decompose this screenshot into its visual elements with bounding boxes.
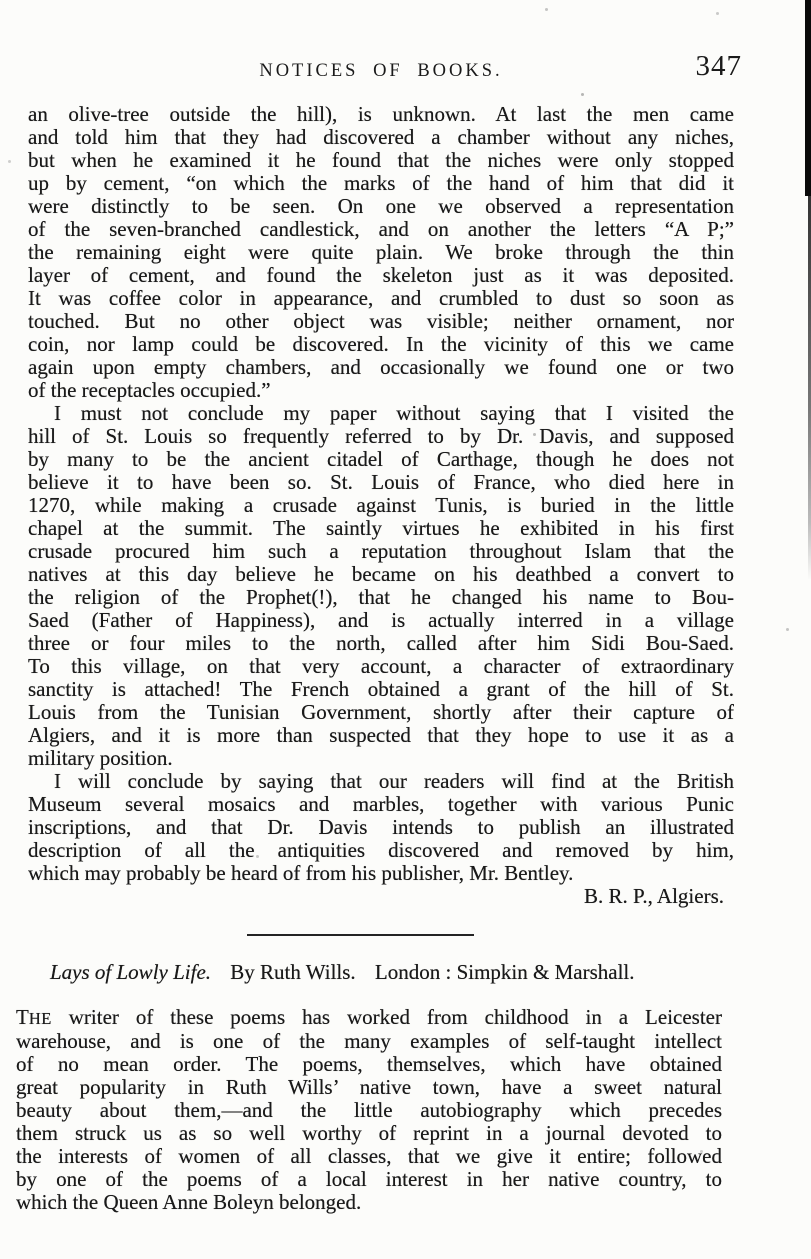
text-line: 1270, while making a crusade against Tun… — [28, 494, 734, 517]
article-body: an olive-tree outside the hill), is unkn… — [28, 103, 734, 1214]
text-line: by many to be the ancient citadel of Car… — [28, 448, 734, 471]
text-line: the religion of the Prophet(!), that he … — [28, 586, 734, 609]
page-edge-shadow — [805, 0, 811, 196]
text-line: crusade procured him such a reputation t… — [28, 540, 734, 563]
text-line: which the Queen Anne Boleyn belonged. — [16, 1191, 722, 1214]
text-line: natives at this day believe he became on… — [28, 563, 734, 586]
text-line: Algiers, and it is more than suspected t… — [28, 724, 734, 747]
text-line: Saed (Father of Happiness), and is actua… — [28, 609, 734, 632]
text-line: I must not conclude my paper without say… — [28, 402, 734, 425]
text-line: the remaining eight were quite plain. We… — [28, 241, 734, 264]
text-line: Museum several mosaics and marbles, toge… — [28, 793, 734, 816]
section-divider — [247, 934, 474, 936]
text-line: the interests of women of all classes, t… — [16, 1145, 722, 1168]
text-line: layer of cement, and found the skeleton … — [28, 264, 734, 287]
text-line: but when he examined it he found that th… — [28, 149, 734, 172]
text-line: To this village, on that very account, a… — [28, 655, 734, 678]
paragraph-continuation: an olive-tree outside the hill), is unkn… — [28, 103, 734, 402]
review-heading: Lays of Lowly Life. By Ruth Wills. Londo… — [16, 960, 722, 984]
text-line: description of all the antiquities disco… — [28, 839, 734, 862]
text-line: believe it to have been so. St. Louis of… — [28, 471, 734, 494]
text-line: military position. — [28, 747, 734, 770]
paragraph: I will conclude by saying that our reade… — [28, 770, 734, 885]
text-line: touched. But no other object was visible… — [28, 310, 734, 333]
text-line: them struck us as so well worthy of repr… — [16, 1122, 722, 1145]
text-line: of no mean order. The poems, themselves,… — [16, 1053, 722, 1076]
text-line: again upon empty chambers, and occasiona… — [28, 356, 734, 379]
page-number: 347 — [696, 51, 743, 81]
page-content: NOTICES OF BOOKS. 347 an olive-tree outs… — [28, 58, 734, 1214]
text-line: coin, nor lamp could be discovered. In t… — [28, 333, 734, 356]
scan-specks — [545, 8, 548, 11]
text-line: of the receptacles occupied.” — [28, 379, 734, 402]
text-line: by one of the poems of a local interest … — [16, 1168, 722, 1191]
text-line: It was coffee color in appearance, and c… — [28, 287, 734, 310]
scanned-book-page: NOTICES OF BOOKS. 347 an olive-tree outs… — [0, 0, 811, 1259]
text-line: Louis from the Tunisian Government, shor… — [28, 701, 734, 724]
review-section: Lays of Lowly Life. By Ruth Wills. Londo… — [16, 960, 722, 1214]
paragraph: I must not conclude my paper without say… — [28, 402, 734, 770]
running-title: NOTICES OF BOOKS. — [28, 58, 734, 84]
paragraph: THE writer of these poems has worked fro… — [16, 1006, 722, 1214]
text-line: warehouse, and is one of the many exampl… — [16, 1030, 722, 1053]
text-line: and told him that they had discovered a … — [28, 126, 734, 149]
text-line: three or four miles to the north, called… — [28, 632, 734, 655]
text-line: great popularity in Ruth Wills’ native t… — [16, 1076, 722, 1099]
text-line: up by cement, “on which the marks of the… — [28, 172, 734, 195]
book-title: Lays of Lowly Life. — [50, 960, 211, 984]
small-caps: HE — [29, 1009, 52, 1028]
text-line: THE writer of these poems has worked fro… — [16, 1006, 722, 1030]
lead-capital: T — [16, 1006, 29, 1029]
text-line: of the seven-branched candlestick, and o… — [28, 218, 734, 241]
author-signature: B. R. P., Algiers. — [28, 885, 734, 908]
running-header: NOTICES OF BOOKS. 347 — [28, 58, 734, 84]
text-line: were distinctly to be seen. On one we ob… — [28, 195, 734, 218]
book-byline: By Ruth Wills. — [230, 960, 355, 984]
text-line: an olive-tree outside the hill), is unkn… — [28, 103, 734, 126]
book-imprint: London : Simpkin & Marshall. — [375, 960, 635, 984]
text-line: hill of St. Louis so frequently referred… — [28, 425, 734, 448]
text-line: inscriptions, and that Dr. Davis intends… — [28, 816, 734, 839]
text-line: which may probably be heard of from his … — [28, 862, 734, 885]
text-line: chapel at the summit. The saintly virtue… — [28, 517, 734, 540]
text-line: beauty about them,—and the little autobi… — [16, 1099, 722, 1122]
text-line: sanctity is attached! The French obtaine… — [28, 678, 734, 701]
text-line: I will conclude by saying that our reade… — [28, 770, 734, 793]
